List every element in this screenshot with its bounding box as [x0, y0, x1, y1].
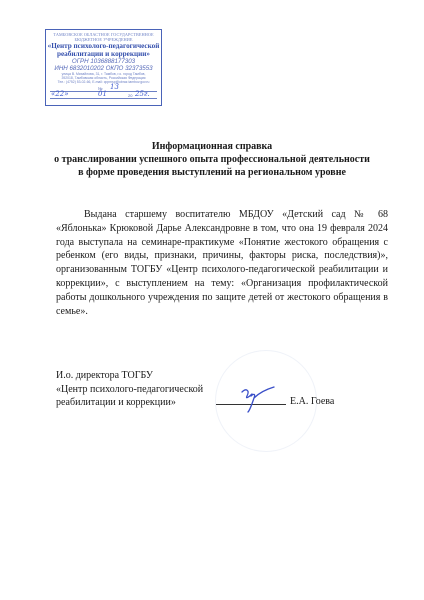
handwritten-signature-icon	[238, 384, 278, 414]
stamp-ogrn: ОГРН 1036888177303	[46, 58, 161, 65]
position-line-1: И.о. директора ТОГБУ	[56, 369, 203, 383]
signer-name: Е.А. Гоева	[290, 396, 334, 407]
registration-stamp: ТАМБОВСКОЕ ОБЛАСТНОЕ ГОСУДАРСТВЕННОЕ БЮД…	[45, 29, 162, 106]
stamp-org-name-1: «Центр психолого-педагогической	[46, 42, 161, 50]
signatory-position: И.о. директора ТОГБУ «Центр психолого-пе…	[56, 369, 203, 410]
stamp-date-year-suffix: 25г.	[135, 90, 150, 98]
stamp-org-type: ТАМБОВСКОЕ ОБЛАСТНОЕ ГОСУДАРСТВЕННОЕ БЮД…	[46, 32, 161, 42]
stamp-contacts: Тел.: (4752) 53-02-66, E-mail: cppmsp@ob…	[46, 80, 161, 84]
stamp-date-month: 01	[98, 90, 107, 98]
title-line-1: Информационная справка	[0, 140, 424, 153]
stamp-number-value: 13	[110, 83, 119, 91]
title-line-2: о транслировании успешного опыта професс…	[0, 153, 424, 166]
document-title: Информационная справка о транслировании …	[0, 140, 424, 179]
stamp-date-day: «22»	[51, 90, 68, 98]
position-line-2: «Центр психолого-педагогической	[56, 383, 203, 397]
document-body: Выдана старшему воспитателю МБДОУ «Детск…	[56, 208, 388, 318]
stamp-registration-line: № 13 «22» 01 20 25г.	[46, 86, 161, 100]
stamp-org-name-2: реабилитации и коррекции»	[46, 50, 161, 58]
body-paragraph: Выдана старшему воспитателю МБДОУ «Детск…	[56, 208, 388, 318]
position-line-3: реабилитации и коррекции»	[56, 396, 203, 410]
title-line-3: в форме проведения выступлений на регион…	[0, 166, 424, 179]
stamp-inn-okpo: ИНН 6832010202 ОКПО 32373553	[46, 65, 161, 72]
